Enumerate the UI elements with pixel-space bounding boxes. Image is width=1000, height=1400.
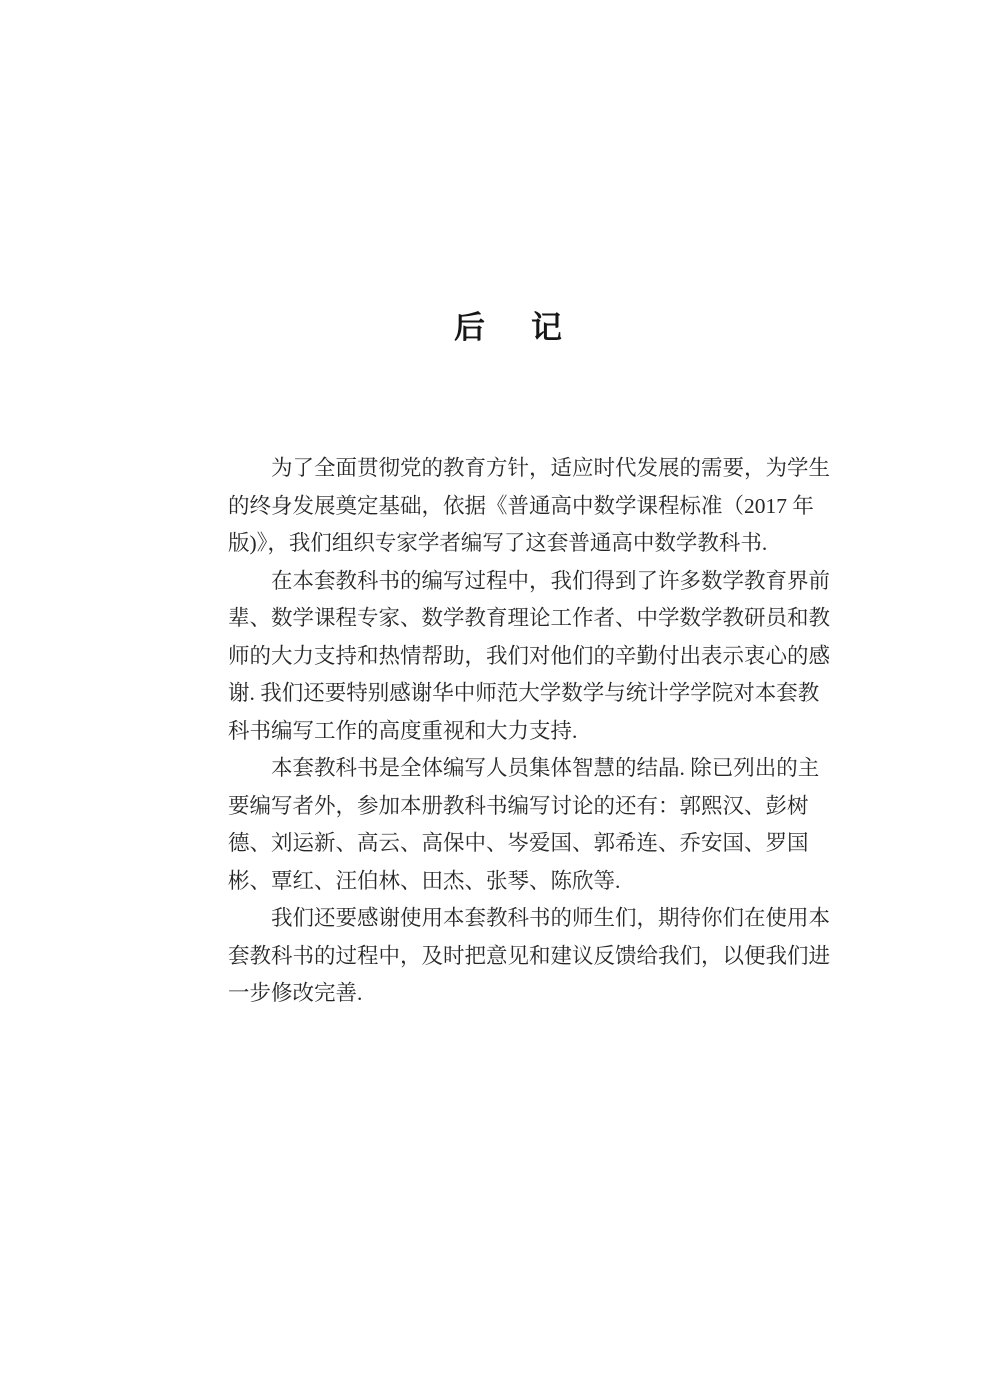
page-title-char-left: 后 [454, 309, 485, 347]
book-page: 后 记 为了全面贯彻党的教育方针，适应时代发展的需要，为学生 的终身发展奠定基础… [0, 0, 1000, 1400]
text-line: 辈、数学课程专家、数学教育理论工作者、中学数学教研员和教 [228, 600, 788, 638]
text-line: 套教科书的过程中，及时把意见和建议反馈给我们，以便我们进 [228, 938, 788, 976]
text-line: 一步修改完善. [228, 975, 788, 1013]
text-line: 的终身发展奠定基础，依据《普通高中数学课程标准（2017 年 [228, 488, 788, 526]
text-line: 谢. 我们还要特别感谢华中师范大学数学与统计学学院对本套教 [228, 675, 788, 713]
text-line: 彬、覃红、汪伯林、田杰、张琴、陈欣等. [228, 863, 788, 901]
text-line: 师的大力支持和热情帮助，我们对他们的辛勤付出表示衷心的感 [228, 638, 788, 676]
text-line: 我们还要感谢使用本套教科书的师生们，期待你们在使用本 [228, 900, 788, 938]
page-title-char-right: 记 [531, 309, 562, 347]
text-line: 为了全面贯彻党的教育方针，适应时代发展的需要，为学生 [228, 450, 788, 488]
page-title: 后 记 [228, 309, 788, 347]
text-line: 德、刘运新、高云、高保中、岑爱国、郭希连、乔安国、罗国 [228, 825, 788, 863]
text-line: 在本套教科书的编写过程中，我们得到了许多数学教育界前 [228, 563, 788, 601]
text-line: 要编写者外，参加本册教科书编写讨论的还有：郭熙汉、彭树 [228, 788, 788, 826]
text-line: 本套教科书是全体编写人员集体智慧的结晶. 除已列出的主 [228, 750, 788, 788]
text-line: 科书编写工作的高度重视和大力支持. [228, 713, 788, 751]
afterword-body: 为了全面贯彻党的教育方针，适应时代发展的需要，为学生 的终身发展奠定基础，依据《… [228, 450, 788, 1013]
text-line: 版)》，我们组织专家学者编写了这套普通高中数学教科书. [228, 525, 788, 563]
